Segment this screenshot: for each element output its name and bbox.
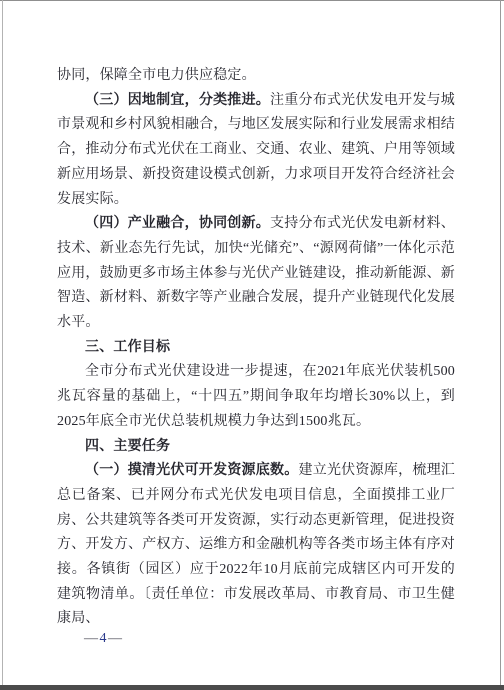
page-number-value: 4	[99, 631, 109, 646]
document-page: 协同，保障全市电力供应稳定。 （三）因地制宜，分类推进。注重分布式光伏发电开发与…	[0, 0, 504, 690]
paragraph-text: 注重分布式光伏发电开发与城市景观和乡村风貌相融合，与地区发展实际和行业发展需求相…	[57, 93, 455, 207]
paragraph-work-goals: 全市分布式光伏建设进一步提速，在2021年底光伏装机500兆瓦容量的基础上，“十…	[57, 360, 455, 434]
paragraph-task-1: （一）摸清光伏可开发资源底数。建立光伏资源库，梳理汇总已备案、已并网分布式光伏发…	[57, 459, 455, 632]
paragraph-lead: （一）摸清光伏可开发资源底数。	[85, 463, 298, 478]
paragraph-text: 建立光伏资源库，梳理汇总已备案、已并网分布式光伏发电项目信息，全面摸排工业厂房、…	[57, 463, 455, 626]
paragraph-point-4: （四）产业融合，协同创新。支持分布式光伏发电新材料、技术、新业态先行先试，加快“…	[57, 212, 455, 336]
page-border-top	[0, 0, 504, 1]
paragraph-point-3: （三）因地制宜，分类推进。注重分布式光伏发电开发与城市景观和乡村风貌相融合，与地…	[57, 89, 455, 213]
page-border-right	[500, 0, 501, 685]
paragraph-text: 支持分布式光伏发电新材料、技术、新业态先行先试，加快“光储充”、“源网荷储”一体…	[57, 216, 455, 330]
document-body: 协同，保障全市电力供应稳定。 （三）因地制宜，分类推进。注重分布式光伏发电开发与…	[57, 64, 455, 632]
paragraph-continuation: 协同，保障全市电力供应稳定。	[57, 64, 455, 89]
page-border-left	[2, 0, 3, 685]
section-heading-main-tasks: 四、主要任务	[57, 435, 455, 460]
scan-bottom-edge	[0, 685, 504, 690]
paragraph-text: 全市分布式光伏建设进一步提速，在2021年底光伏装机500兆瓦容量的基础上，“十…	[57, 364, 455, 428]
paragraph-lead: （四）产业融合，协同创新。	[85, 216, 270, 231]
paragraph-text: 协同，保障全市电力供应稳定。	[57, 68, 256, 83]
page-number-dash-left: —	[84, 631, 99, 646]
page-number: —4—	[84, 631, 123, 647]
section-heading-work-goals: 三、工作目标	[57, 336, 455, 361]
paragraph-lead: （三）因地制宜，分类推进。	[85, 93, 270, 108]
page-number-dash-right: —	[108, 631, 123, 646]
